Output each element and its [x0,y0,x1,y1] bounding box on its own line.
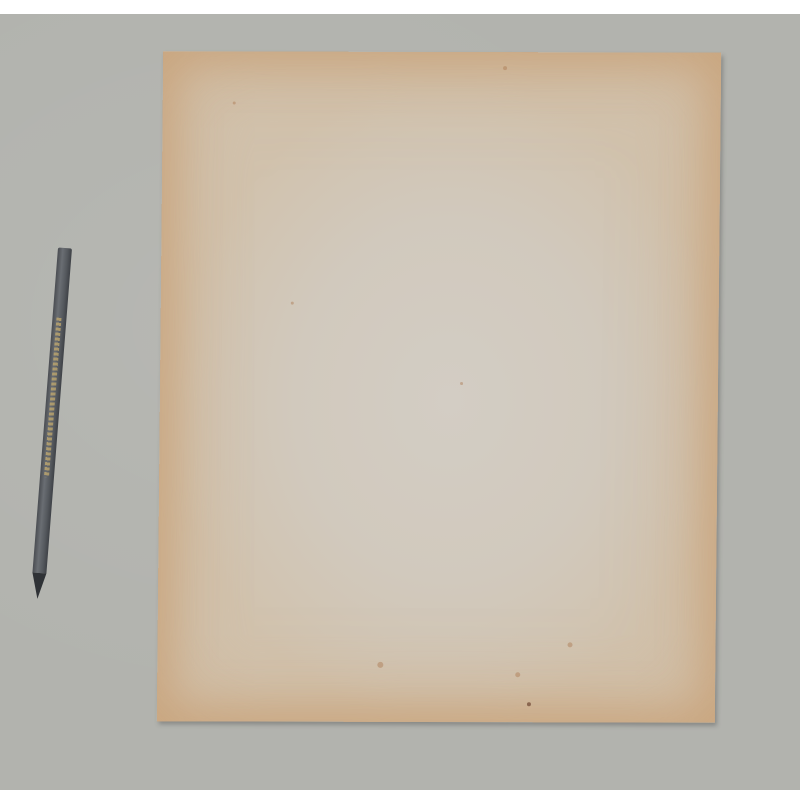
foxing-spot [527,702,531,706]
foxing-spot [291,302,294,305]
foxing-spot [460,382,463,385]
grey-background-surface: Blank aged paper sheet with foxing besid… [0,14,800,790]
foxing-spot [515,672,520,677]
aged-paper-sheet [157,51,721,722]
graphite-pencil [32,247,72,573]
pencil-gold-print [44,318,62,478]
foxing-spot [503,66,507,70]
foxing-spot [568,642,573,647]
pencil-tip [30,572,46,599]
foxing-spot [233,101,236,104]
foxing-spot [377,662,383,668]
